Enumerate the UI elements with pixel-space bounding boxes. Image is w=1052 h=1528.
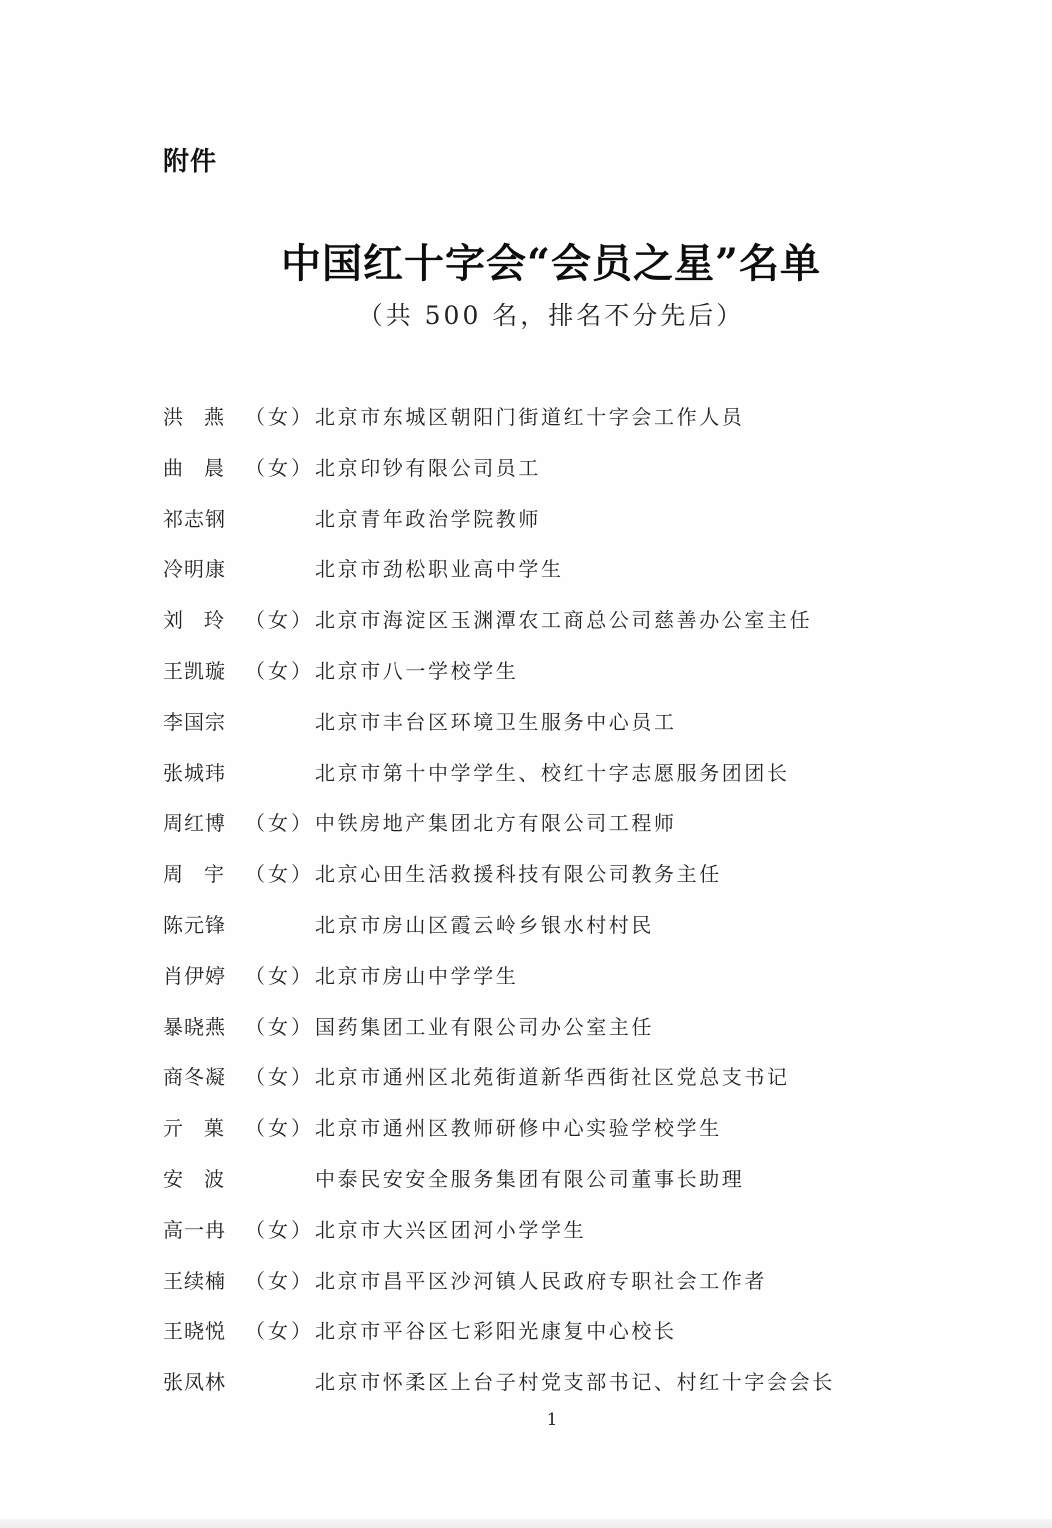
member-name: 冷明康 [163, 552, 245, 586]
member-affiliation: 北京心田生活救援科技有限公司教务主任 [315, 857, 722, 891]
member-name: 祁志钢 [163, 502, 245, 536]
member-affiliation: 北京市劲松职业高中学生 [315, 552, 564, 586]
member-affiliation: 中泰民安安全服务集团有限公司董事长助理 [315, 1162, 744, 1196]
member-name: 周宇 [163, 857, 245, 891]
member-affiliation: 北京市第十中学学生、校红十字志愿服务团团长 [315, 756, 790, 790]
member-name: 王续楠 [163, 1264, 245, 1298]
member-gender: （女） [245, 1060, 315, 1094]
member-row: 高一冉（女）北京市大兴区团河小学学生 [163, 1213, 923, 1264]
member-row: 祁志钢北京青年政治学院教师 [163, 502, 923, 553]
member-name: 张凤林 [163, 1365, 245, 1399]
member-name: 亓菓 [163, 1111, 245, 1145]
member-name: 王凯璇 [163, 654, 245, 688]
member-affiliation: 北京市昌平区沙河镇人民政府专职社会工作者 [315, 1264, 767, 1298]
member-name: 商冬凝 [163, 1060, 245, 1094]
member-affiliation: 北京市通州区北苑街道新华西街社区党总支书记 [315, 1060, 790, 1094]
member-affiliation: 北京市东城区朝阳门街道红十字会工作人员 [315, 400, 744, 434]
member-affiliation: 北京市丰台区环境卫生服务中心员工 [315, 705, 677, 739]
member-name: 张城玮 [163, 756, 245, 790]
member-gender: （女） [245, 451, 315, 485]
member-row: 陈元锋北京市房山区霞云岭乡银水村村民 [163, 908, 923, 959]
member-gender: （女） [245, 806, 315, 840]
member-name: 陈元锋 [163, 908, 245, 942]
member-gender: （女） [245, 1010, 315, 1044]
member-name: 曲晨 [163, 451, 245, 485]
member-affiliation: 北京市通州区教师研修中心实验学校学生 [315, 1111, 722, 1145]
attachment-label: 附件 [163, 141, 217, 178]
document-subtitle: （共 500 名，排名不分先后） [0, 296, 1052, 332]
member-affiliation: 北京青年政治学院教师 [315, 502, 541, 536]
member-gender: （女） [245, 857, 315, 891]
member-row: 张城玮北京市第十中学学生、校红十字志愿服务团团长 [163, 756, 923, 807]
page-number: 1 [0, 1410, 1052, 1430]
member-row: 王晓悦（女）北京市平谷区七彩阳光康复中心校长 [163, 1314, 923, 1365]
member-name: 周红博 [163, 806, 245, 840]
member-gender: （女） [245, 603, 315, 637]
member-row: 暴晓燕（女）国药集团工业有限公司办公室主任 [163, 1010, 923, 1061]
member-gender: （女） [245, 1213, 315, 1247]
member-row: 洪燕（女）北京市东城区朝阳门街道红十字会工作人员 [163, 400, 923, 451]
member-affiliation: 北京市房山区霞云岭乡银水村村民 [315, 908, 654, 942]
member-gender: （女） [245, 959, 315, 993]
member-row: 王续楠（女）北京市昌平区沙河镇人民政府专职社会工作者 [163, 1264, 923, 1315]
page-bottom-edge [0, 1519, 1052, 1528]
member-affiliation: 北京市房山中学学生 [315, 959, 518, 993]
member-row: 亓菓（女）北京市通州区教师研修中心实验学校学生 [163, 1111, 923, 1162]
member-row: 李国宗北京市丰台区环境卫生服务中心员工 [163, 705, 923, 756]
member-name: 高一冉 [163, 1213, 245, 1247]
member-gender: （女） [245, 1264, 315, 1298]
member-affiliation: 北京印钞有限公司员工 [315, 451, 541, 485]
member-name: 暴晓燕 [163, 1010, 245, 1044]
member-affiliation: 北京市八一学校学生 [315, 654, 518, 688]
member-affiliation: 北京市怀柔区上台子村党支部书记、村红十字会会长 [315, 1365, 835, 1399]
member-name: 安波 [163, 1162, 245, 1196]
member-row: 安波中泰民安安全服务集团有限公司董事长助理 [163, 1162, 923, 1213]
member-row: 冷明康北京市劲松职业高中学生 [163, 552, 923, 603]
member-row: 刘玲（女）北京市海淀区玉渊潭农工商总公司慈善办公室主任 [163, 603, 923, 654]
member-list: 洪燕（女）北京市东城区朝阳门街道红十字会工作人员 曲晨（女）北京印钞有限公司员工… [163, 400, 923, 1416]
member-affiliation: 北京市大兴区团河小学学生 [315, 1213, 586, 1247]
member-name: 洪燕 [163, 400, 245, 434]
member-row: 曲晨（女）北京印钞有限公司员工 [163, 451, 923, 502]
member-affiliation: 北京市海淀区玉渊潭农工商总公司慈善办公室主任 [315, 603, 812, 637]
document-title: 中国红十字会“会员之星”名单 [0, 232, 1052, 289]
member-name: 李国宗 [163, 705, 245, 739]
member-affiliation: 北京市平谷区七彩阳光康复中心校长 [315, 1314, 677, 1348]
member-name: 王晓悦 [163, 1314, 245, 1348]
member-gender: （女） [245, 1111, 315, 1145]
member-row: 王凯璇（女）北京市八一学校学生 [163, 654, 923, 705]
member-gender: （女） [245, 1314, 315, 1348]
member-gender: （女） [245, 400, 315, 434]
member-name: 肖伊婷 [163, 959, 245, 993]
member-affiliation: 国药集团工业有限公司办公室主任 [315, 1010, 654, 1044]
member-row: 周宇（女）北京心田生活救援科技有限公司教务主任 [163, 857, 923, 908]
member-row: 商冬凝（女）北京市通州区北苑街道新华西街社区党总支书记 [163, 1060, 923, 1111]
member-row: 肖伊婷（女）北京市房山中学学生 [163, 959, 923, 1010]
member-name: 刘玲 [163, 603, 245, 637]
document-page: 附件 中国红十字会“会员之星”名单 （共 500 名，排名不分先后） 洪燕（女）… [0, 0, 1052, 1519]
member-row: 张凤林北京市怀柔区上台子村党支部书记、村红十字会会长 [163, 1365, 923, 1416]
member-gender: （女） [245, 654, 315, 688]
member-row: 周红博（女）中铁房地产集团北方有限公司工程师 [163, 806, 923, 857]
member-affiliation: 中铁房地产集团北方有限公司工程师 [315, 806, 677, 840]
